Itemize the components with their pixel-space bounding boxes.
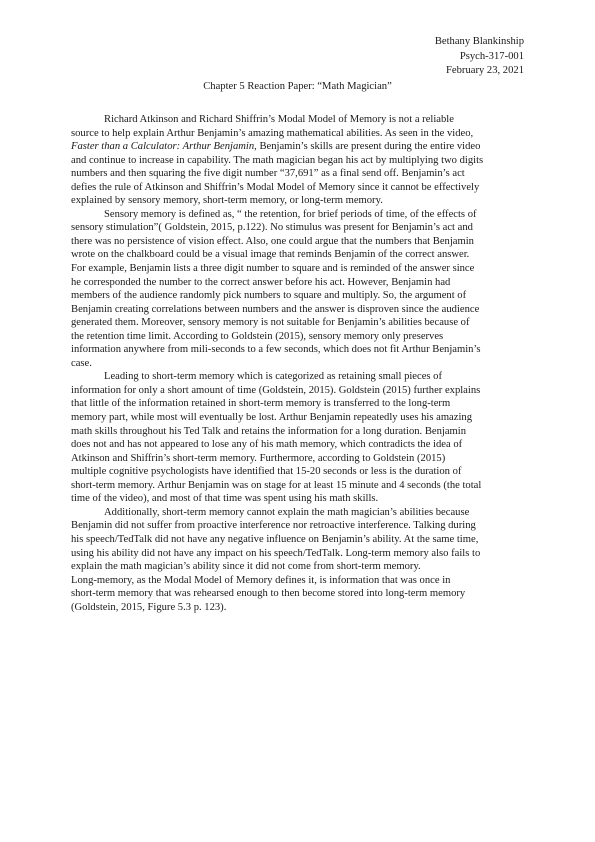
author-name: Bethany Blankinship [435,35,524,50]
body-line: explained by sensory memory, short-term … [71,194,531,208]
video-title-italic: Faster than a Calculator: Arthur Benjami… [71,141,254,152]
body-line: members of the audience randomly pick nu… [71,289,531,303]
paper-body: Richard Atkinson and Richard Shiffrin’s … [71,113,531,614]
line-text: , Benjamin’s skills are present during t… [254,141,480,152]
header-block: Bethany Blankinship Psych-317-001 Februa… [435,35,524,79]
paragraph-first-line: Richard Atkinson and Richard Shiffrin’s … [71,113,531,127]
body-line: his speech/TedTalk did not have any nega… [71,533,531,547]
body-line: short-term memory that was rehearsed eno… [71,587,531,601]
body-line: generated them. Moreover, sensory memory… [71,316,531,330]
paper-title: Chapter 5 Reaction Paper: “Math Magician… [0,80,595,94]
body-line: the retention time limit. According to G… [71,330,531,344]
body-line: Benjamin creating correlations between n… [71,303,531,317]
paragraph-first-line: Sensory memory is defined as, “ the rete… [71,208,531,222]
body-line: there was no persistence of vision effec… [71,235,531,249]
date: February 23, 2021 [435,64,524,79]
course-code: Psych-317-001 [435,50,524,65]
body-line: Atkinson and Shiffrin’s short-term memor… [71,452,531,466]
body-line: memory part, while most will eventually … [71,411,531,425]
body-line: information for only a short amount of t… [71,384,531,398]
body-line: time of the video), and most of that tim… [71,492,531,506]
body-line: Faster than a Calculator: Arthur Benjami… [71,140,531,154]
body-line: information anywhere from mili-seconds t… [71,343,531,357]
body-line: case. [71,357,531,371]
paragraph-first-line: Leading to short-term memory which is ca… [71,370,531,384]
document-page: Bethany Blankinship Psych-317-001 Februa… [0,0,595,842]
body-line: sensory stimulation”( Goldstein, 2015, p… [71,221,531,235]
body-line: math skills throughout his Ted Talk and … [71,425,531,439]
paragraph-first-line: Additionally, short-term memory cannot e… [71,506,531,520]
body-line: For example, Benjamin lists a three digi… [71,262,531,276]
body-line: source to help explain Arthur Benjamin’s… [71,127,531,141]
body-line: does not and has not appeared to lose an… [71,438,531,452]
body-line: short-term memory. Arthur Benjamin was o… [71,479,531,493]
body-line: multiple cognitive psychologists have id… [71,465,531,479]
body-line: wrote on the chalkboard could be a visua… [71,248,531,262]
body-line: he corresponded the number to the correc… [71,276,531,290]
body-line: Benjamin did not suffer from proactive i… [71,519,531,533]
body-line: (Goldstein, 2015, Figure 5.3 p. 123). [71,601,531,615]
body-line: Long-memory, as the Modal Model of Memor… [71,574,531,588]
body-line: and continue to increase in capability. … [71,154,531,168]
body-line: that little of the information retained … [71,397,531,411]
body-line: defies the rule of Atkinson and Shiffrin… [71,181,531,195]
body-line: numbers and then squaring the five digit… [71,167,531,181]
body-line: using his ability did not have any impac… [71,547,531,561]
body-line: explain the math magician’s ability sinc… [71,560,531,574]
